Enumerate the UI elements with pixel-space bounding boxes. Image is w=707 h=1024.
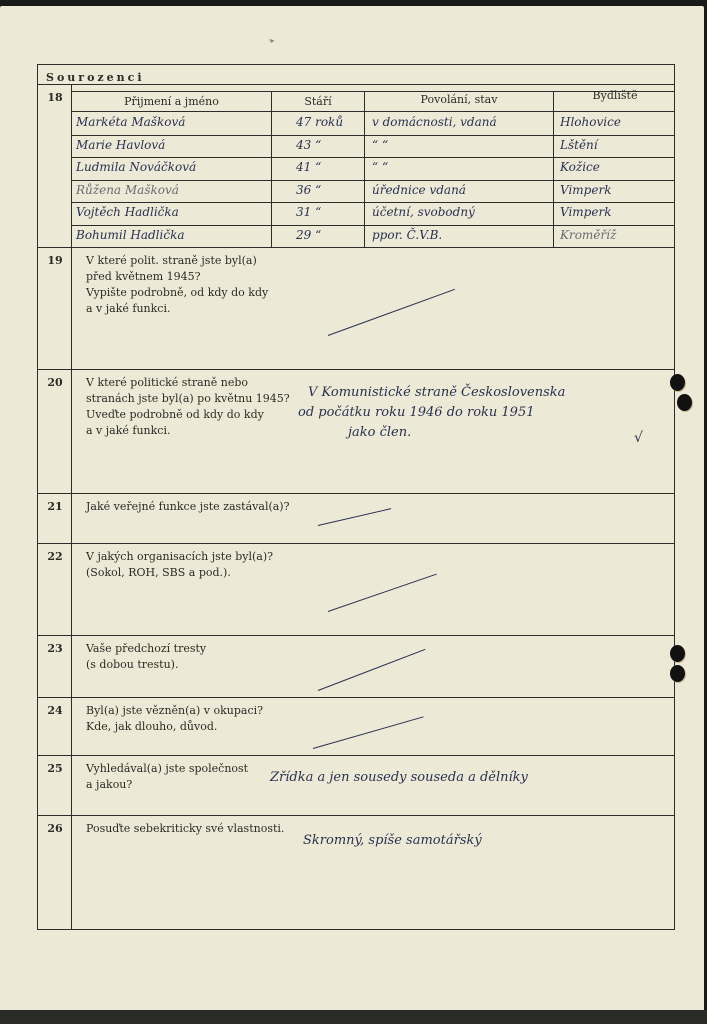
divider — [71, 247, 72, 369]
sibling-age: 43 “ — [296, 138, 321, 152]
question-text: Uveďte podrobně od kdy do kdy — [86, 407, 264, 422]
sibling-age: 29 “ — [296, 228, 321, 242]
divider — [38, 697, 674, 698]
item-number-20: 20 — [44, 376, 66, 389]
divider — [71, 697, 72, 755]
row-divider — [71, 180, 674, 181]
divider — [71, 493, 72, 543]
divider — [38, 635, 674, 636]
question-text: a jakou? — [86, 777, 132, 792]
divider — [38, 369, 674, 370]
divider — [71, 755, 72, 815]
sibling-name: Vojtěch Hadlička — [76, 205, 179, 219]
question-text: Jaké veřejné funkce jste zastával(a)? — [86, 499, 290, 514]
question-text: a v jaké funkci. — [86, 301, 171, 316]
strike-through-mark — [318, 508, 391, 526]
question-text: Vypište podrobně, od kdy do kdy — [86, 285, 268, 300]
sibling-residence: Kroměříž — [560, 228, 616, 242]
question-text: Vyhledával(a) jste společnost — [86, 761, 248, 776]
punch-hole — [670, 665, 685, 682]
sibling-age: 47 roků — [296, 115, 343, 129]
divider — [38, 84, 674, 85]
divider — [71, 111, 674, 112]
question-text: (Sokol, ROH, SBS a pod.). — [86, 565, 231, 580]
sibling-occupation: účetní, svobodný — [372, 205, 475, 219]
header-occupation: Povolání, stav — [365, 93, 553, 106]
punch-hole — [670, 374, 685, 391]
sibling-residence: Vimperk — [560, 183, 611, 197]
item-number-22: 22 — [44, 550, 66, 563]
question-text: Vaše předchozí tresty — [86, 641, 206, 656]
strike-through-mark — [328, 289, 455, 336]
question-text: V které polit. straně jste byl(a) — [86, 253, 257, 268]
sibling-residence: Hlohovice — [560, 115, 621, 129]
punch-hole — [677, 394, 692, 411]
question-text: stranách jste byl(a) po květnu 1945? — [86, 391, 290, 406]
row-divider — [71, 157, 674, 158]
stray-mark: ·▸ — [268, 36, 275, 45]
question-text: Kde, jak dlouho, důvod. — [86, 719, 217, 734]
handwritten-answer: V Komunistické straně Československa — [308, 385, 565, 400]
sibling-age: 41 “ — [296, 160, 321, 174]
sibling-occupation: “ “ — [372, 160, 388, 174]
sibling-name: Ludmila Nováčková — [76, 160, 196, 174]
handwritten-answer: Skromný, spíše samotářský — [303, 833, 482, 848]
divider — [38, 755, 674, 756]
question-text: Byl(a) jste vězněn(a) v okupaci? — [86, 703, 263, 718]
divider — [71, 635, 72, 697]
handwritten-answer: jako člen. — [348, 425, 411, 440]
item-number-19: 19 — [44, 254, 66, 267]
divider — [38, 815, 674, 816]
item-number-23: 23 — [44, 642, 66, 655]
sibling-age: 31 “ — [296, 205, 321, 219]
divider — [38, 493, 674, 494]
item-number-24: 24 — [44, 704, 66, 717]
row-divider — [71, 225, 674, 226]
sibling-name: Růžena Mašková — [76, 183, 179, 197]
checkmark-icon: √ — [634, 430, 643, 446]
section-title: Sourozenci — [46, 70, 145, 85]
sibling-occupation: úřednice vdaná — [372, 183, 466, 197]
sibling-name: Markéta Mašková — [76, 115, 185, 129]
strike-through-mark — [328, 574, 437, 613]
divider — [71, 84, 72, 247]
question-text: a v jaké funkci. — [86, 423, 171, 438]
item-number-26: 26 — [44, 822, 66, 835]
item-number-18: 18 — [44, 91, 66, 104]
sibling-name: Bohumil Hadlička — [76, 228, 185, 242]
item-number-21: 21 — [44, 500, 66, 513]
question-text: (s dobou trestu). — [86, 657, 178, 672]
divider — [38, 247, 674, 248]
sibling-residence: Lštění — [560, 138, 598, 152]
strike-through-mark — [313, 716, 424, 749]
row-divider — [71, 202, 674, 203]
handwritten-answer: od počátku roku 1946 do roku 1951 — [298, 405, 535, 420]
sibling-name: Marie Havlová — [76, 138, 165, 152]
header-residence: Bydliště — [554, 89, 676, 102]
divider — [71, 543, 72, 635]
questionnaire-form: Sourozenci 18 Přijmení a jméno Stáří Pov… — [37, 64, 675, 930]
sibling-age: 36 “ — [296, 183, 321, 197]
sibling-occupation: ppor. Č.V.B. — [372, 228, 442, 242]
divider — [38, 543, 674, 544]
question-text: Posuďte sebekriticky své vlastnosti. — [86, 821, 284, 836]
question-text: před květnem 1945? — [86, 269, 201, 284]
divider — [71, 369, 72, 493]
row-divider — [71, 135, 674, 136]
question-text: V které politické straně nebo — [86, 375, 248, 390]
header-name: Přijmení a jméno — [72, 95, 271, 108]
header-age: Stáří — [272, 95, 364, 108]
strike-through-mark — [318, 649, 426, 691]
punch-hole — [670, 645, 685, 662]
item-number-25: 25 — [44, 762, 66, 775]
sibling-residence: Kožice — [560, 160, 600, 174]
divider — [71, 815, 72, 929]
sibling-residence: Vimperk — [560, 205, 611, 219]
sibling-occupation: v domácnosti, vdaná — [372, 115, 497, 129]
question-text: V jakých organisacích jste byl(a)? — [86, 549, 273, 564]
scan-edge — [0, 1010, 707, 1024]
handwritten-answer: Zřídka a jen sousedy souseda a dělníky — [270, 770, 528, 785]
sibling-occupation: “ “ — [372, 138, 388, 152]
